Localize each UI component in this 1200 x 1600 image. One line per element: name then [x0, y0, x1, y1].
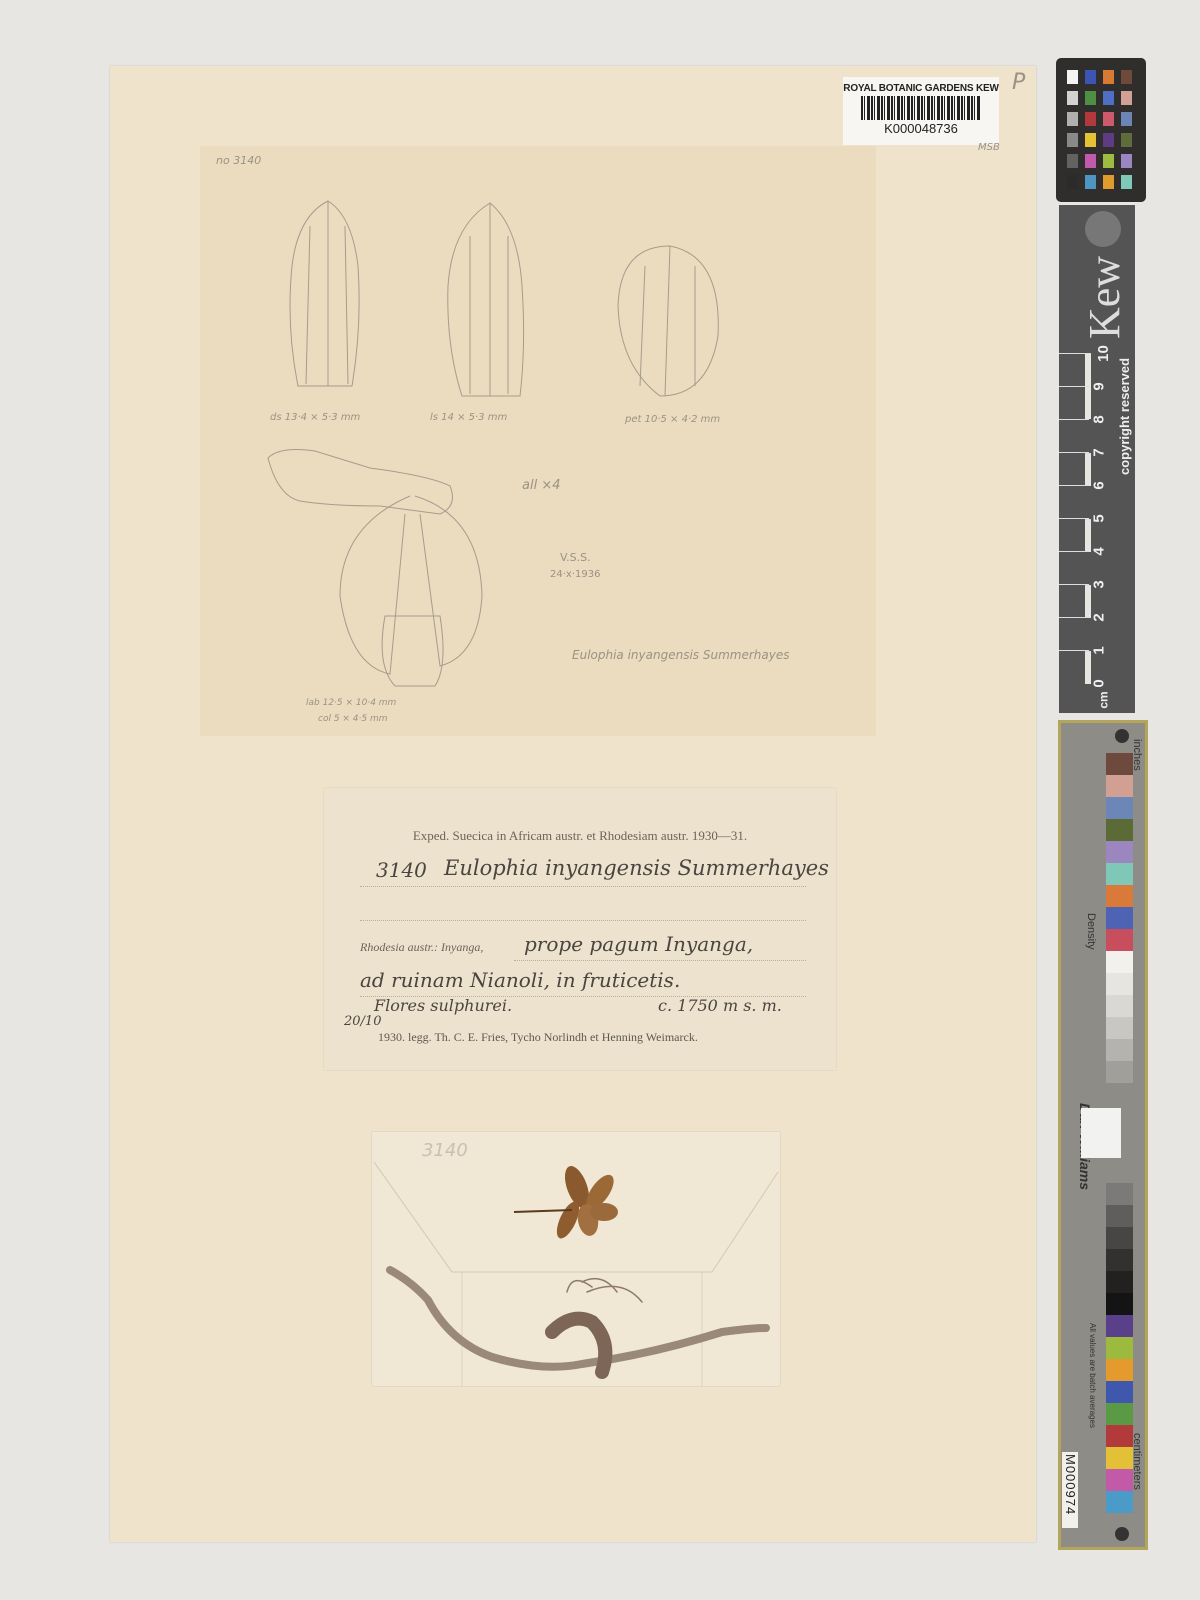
- collection-label: Exped. Suecica in Africam austr. et Rhod…: [324, 788, 836, 1070]
- centimeters-label: centimeters: [1131, 1433, 1143, 1490]
- cm-tick-6: 6: [1091, 481, 1108, 489]
- corner-mark-p: P: [1012, 70, 1025, 95]
- collection-date-handwritten: 20/10: [344, 1014, 381, 1029]
- institution-name: ROYAL BOTANIC GARDENS KEW: [843, 83, 999, 94]
- target-code-label: M000974: [1062, 1452, 1078, 1528]
- locality-handwritten-2: ad ruinam Nianoli, in fruticetis.: [360, 968, 680, 992]
- petal-measure: pet 10·5 × 4·2 mm: [625, 414, 720, 425]
- density-label: Density: [1085, 913, 1097, 950]
- barcode-icon: [861, 96, 981, 120]
- resolution-target-icon: [1081, 1108, 1121, 1158]
- cm-tick-5: 5: [1091, 514, 1108, 522]
- registration-dot: [1115, 729, 1129, 743]
- kew-scale-ruler: Kew 0 1 2 3 4 5 6 7 8 9 10 cm copyright …: [1059, 205, 1135, 713]
- envelope-flap-icon: [372, 1132, 780, 1386]
- cm-tick-1: 1: [1091, 646, 1108, 654]
- barcode-number: K000048736: [843, 121, 999, 136]
- collection-number-pencil: no 3140: [216, 154, 261, 167]
- lip-measure: lab 12·5 × 10·4 mm: [306, 698, 396, 708]
- collection-number: 3140: [376, 858, 427, 882]
- specimen-envelope: 3140: [372, 1132, 780, 1386]
- cm-tick-3: 3: [1091, 580, 1108, 588]
- kew-logo: Kew: [1079, 256, 1130, 339]
- cm-tick-7: 7: [1091, 448, 1108, 456]
- cm-tick-2: 2: [1091, 613, 1108, 621]
- color-target-strip: inches Density Dan Williams All values a…: [1058, 720, 1148, 1550]
- batch-note: All values are batch averages: [1088, 1323, 1097, 1428]
- flower-notes: Flores sulphurei.: [374, 996, 512, 1015]
- locality-printed: Rhodesia austr.: Inyanga,: [360, 940, 483, 955]
- cm-unit: cm: [1097, 691, 1111, 708]
- cm-tick-9: 9: [1091, 382, 1108, 390]
- botanical-drawing: no 3140 ds 13·4 × 5·3 mm ls 14 × 5·3 mm …: [200, 146, 876, 736]
- species-pencil-note: Eulophia inyangensis Summerhayes: [572, 648, 789, 662]
- collectors-line: 1930. legg. Th. C. E. Fries, Tycho Norli…: [378, 1030, 698, 1045]
- cm-tick-10: 10: [1095, 345, 1112, 362]
- cm-tick-0: 0: [1091, 679, 1108, 687]
- species-name: Eulophia inyangensis Summerhayes: [444, 856, 829, 880]
- dried-rhizome-icon: [390, 1270, 766, 1372]
- mini-color-checker: [1056, 58, 1146, 202]
- msb-mark: MSB: [978, 142, 1000, 153]
- magnification-note: all ×4: [522, 478, 561, 493]
- altitude: c. 1750 m s. m.: [658, 996, 782, 1015]
- locality-handwritten-1: prope pagum Inyanga,: [524, 932, 753, 956]
- cm-tick-8: 8: [1091, 415, 1108, 423]
- envelope-number: 3140: [422, 1140, 468, 1161]
- cm-tick-4: 4: [1091, 547, 1108, 555]
- kew-crest-icon: [1085, 211, 1121, 247]
- target-code: M000974: [1063, 1454, 1078, 1515]
- column-measure: col 5 × 4·5 mm: [318, 714, 388, 724]
- dried-flower-icon: [514, 1163, 619, 1242]
- copyright-notice: copyright reserved: [1117, 358, 1132, 475]
- dorsal-sepal-measure: ds 13·4 × 5·3 mm: [270, 412, 360, 423]
- drawing-date: 24·x·1936: [550, 569, 600, 580]
- lateral-sepal-measure: ls 14 × 5·3 mm: [430, 412, 507, 423]
- drawing-author: V.S.S.: [560, 551, 591, 564]
- registration-dot: [1115, 1527, 1129, 1541]
- expedition-header: Exped. Suecica in Africam austr. et Rhod…: [324, 828, 836, 844]
- barcode-label: ROYAL BOTANIC GARDENS KEW K000048736: [843, 77, 999, 145]
